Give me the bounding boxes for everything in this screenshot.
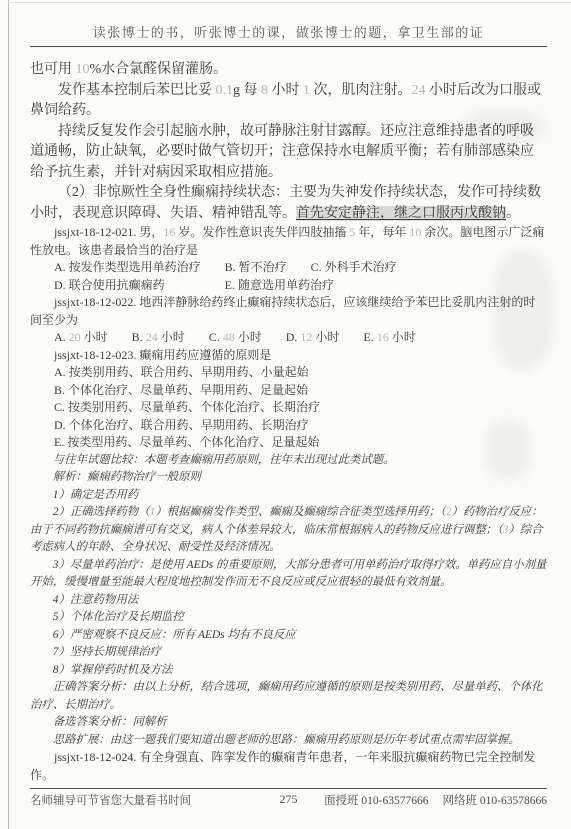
option-row: E. 按类型用药、尽量单药、个体化治疗、足量起始: [30, 434, 547, 452]
analysis-line: 3）尽量单药治疗：是使用 AEDs 的重要原则，大部分患者可用单药治疗取得疗效。…: [30, 557, 547, 592]
muted-number: 10: [409, 225, 421, 239]
text-segment: D. 联合使用抗癫痫药 E. 随意选用单药治疗: [54, 278, 334, 292]
contact-online-class: 网络班 010-63578666: [443, 795, 547, 807]
scanned-page: 读张博士的书，听张博士的课，做张博士的题，拿卫生部的证 也可用 10%水合氯醛保…: [0, 0, 571, 829]
analysis-line: 思路扩展：由这一题我们要知道出题老师的思路：癫痫用药原则是历年考试重点需牢固掌握…: [30, 732, 547, 750]
muted-number: 0.1: [216, 83, 234, 98]
page-footer: 名师辅导可节省您大量看书时间 275 面授班 010-63577666网络班 0…: [30, 788, 547, 808]
text-segment: 小时: [268, 83, 303, 98]
page-number: 275: [280, 792, 298, 807]
muted-number: 1: [303, 83, 310, 98]
question-stem: jssjxt-18-12-022. 地西泮静脉给药终止癫痫持续状态后，应该继续给…: [30, 294, 547, 329]
text-segment: 思路扩展：由这一题我们要知道出题老师的思路：癫痫用药原则是历年考试重点需牢固掌握…: [53, 734, 520, 746]
analysis-line: 2）正确选择药物（1）根据癫痫发作类型、癫痫及癫痫综合征类型选择用药；（2）药物…: [30, 504, 547, 557]
scan-edge-left: [8, 0, 9, 829]
text-segment: 4）注意药物用法: [53, 594, 138, 606]
text-segment: ）根据癫痫发作类型、癫痫及癫痫综合征类型选择用药；（: [155, 506, 445, 518]
text-segment: g 每: [233, 83, 261, 98]
question-stem: jssjxt-18-12-021. 男，16 岁。发作性意识丧失伴四肢抽搐 5 …: [30, 224, 547, 259]
option-row: D. 个体化治疗、联合用药、早期用药、长期治疗: [30, 417, 547, 435]
muted-number: 16: [377, 330, 389, 344]
text-segment: 2）正确选择药物（: [53, 506, 150, 518]
analysis-line: 7）坚持长期规律治疗: [30, 644, 547, 662]
text-segment: 小时 D.: [235, 330, 301, 344]
muted-number: 8: [261, 83, 268, 98]
text-segment: 小时 E.: [312, 330, 376, 344]
option-row: A. 20 小时 B. 24 小时 C. 48 小时 D. 12 小时 E. 1…: [30, 329, 547, 347]
text-segment: 小时 B.: [81, 330, 146, 344]
option-row: C. 按类别用药、尽量单药、个体化治疗、长期治疗: [30, 399, 547, 417]
analysis-line: 5）个体化治疗及长期监控: [30, 609, 547, 627]
footer-row: 名师辅导可节省您大量看书时间 275 面授班 010-63577666网络班 0…: [30, 792, 547, 808]
footer-slogan: 名师辅导可节省您大量看书时间: [30, 792, 191, 808]
paragraph: 也可用 10%水合氯醛保留灌肠。: [30, 60, 547, 81]
text-segment: 岁。发作性意识丧失伴四肢抽搐: [175, 225, 349, 239]
header-slogan: 读张博士的书，听张博士的课，做张博士的题，拿卫生部的证: [30, 22, 547, 41]
highlighted-phrase: 首先安定静注，继之口服丙戊酸钠: [296, 206, 506, 221]
text-segment: 8）掌握停药时机及方法: [53, 664, 173, 676]
text-segment: 小时: [389, 330, 416, 344]
analysis-line: 正确答案分析：由以上分析，结合选项，癫痫用药应遵循的原则是按类别用药、尽量单药、…: [30, 679, 547, 714]
text-segment: 解析：癫痫药物治疗一般原则: [53, 471, 201, 483]
analysis-line: 4）注意药物用法: [30, 592, 547, 610]
paragraph: 持续反复发作会引起脑水肿，故可静脉注射甘露醇。还应注意维持患者的呼吸道通畅，防止…: [30, 122, 547, 184]
muted-number: 48: [223, 330, 235, 344]
document-body: 也可用 10%水合氯醛保留灌肠。发作基本控制后苯巴比妥 0.1g 每 8 小时 …: [30, 60, 547, 784]
text-segment: 5）个体化治疗及长期监控: [53, 611, 184, 623]
text-segment: 与往年试题比较：本题考查癫痫用药原则，往年未出现过此类试题。: [53, 454, 395, 466]
text-segment: jssjxt-18-12-021. 男，: [54, 225, 163, 239]
muted-number: 12: [300, 330, 312, 344]
text-segment: D. 个体化治疗、联合用药、早期用药、长期治疗: [54, 418, 309, 432]
text-segment: B. 个体化治疗、尽量单药、早期用药、足量起始: [54, 383, 308, 397]
analysis-line: 解析：癫痫药物治疗一般原则: [30, 469, 547, 487]
analysis-line: 与往年试题比较：本题考查癫痫用药原则，往年未出现过此类试题。: [30, 452, 547, 470]
text-segment: 持续反复发作会引起脑水肿，故可静脉注射甘露醇。还应注意维持患者的呼吸道通畅，防止…: [30, 124, 534, 180]
question-stem: jssjxt-18-12-024. 有全身强直、阵挛发作的癫痫青年患者，一年来服…: [30, 749, 547, 784]
muted-number: 24: [412, 83, 426, 98]
footer-contacts: 面授班 010-63577666网络班 010-63578666: [324, 792, 547, 808]
footer-rule: [30, 788, 547, 789]
text-segment: A.: [54, 330, 69, 344]
text-segment: E. 按类型用药、尽量单药、个体化治疗、足量起始: [54, 435, 319, 449]
analysis-line: 1）确定是否用药: [30, 487, 547, 505]
text-segment: jssjxt-18-12-022. 地西泮静脉给药终止癫痫持续状态后，应该继续给…: [30, 295, 535, 327]
option-row: D. 联合使用抗癫痫药 E. 随意选用单药治疗: [30, 277, 547, 295]
option-row: A. 按发作类型选用单药治疗 B. 暂不治疗 C. 外科手术治疗: [30, 259, 547, 277]
text-segment: 正确答案分析：由以上分析，结合选项，癫痫用药应遵循的原则是按类别用药、尽量单药、…: [30, 681, 543, 711]
scan-edge-top: [8, 2, 571, 3]
muted-number: 16: [163, 225, 175, 239]
text-segment: 也可用: [30, 62, 76, 77]
muted-number: 20: [69, 330, 81, 344]
text-segment: 发作基本控制后苯巴比妥: [58, 83, 216, 98]
text-segment: 小时 C.: [158, 330, 223, 344]
page-content: 读张博士的书，听张博士的课，做张博士的题，拿卫生部的证 也可用 10%水合氯醛保…: [30, 22, 547, 784]
text-segment: 1）确定是否用药: [53, 489, 138, 501]
text-segment: jssjxt-18-12-024. 有全身强直、阵挛发作的癫痫青年患者，一年来服…: [30, 750, 535, 782]
text-segment: 次，肌肉注射。: [310, 83, 412, 98]
analysis-line: 8）掌握停药时机及方法: [30, 662, 547, 680]
header-rule: [30, 46, 547, 47]
text-segment: 备选答案分析：同解析: [53, 716, 167, 728]
muted-number: 24: [146, 330, 158, 344]
contact-face-class: 面授班 010-63577666: [324, 795, 428, 807]
text-segment: A. 按发作类型选用单药治疗 B. 暂不治疗 C. 外科手术治疗: [54, 260, 397, 274]
text-segment: %水合氯醛保留灌肠。: [90, 62, 228, 77]
text-segment: 年，每年: [355, 225, 409, 239]
option-row: B. 个体化治疗、尽量单药、早期用药、足量起始: [30, 382, 547, 400]
option-row: A. 按类别用药、联合用药、早期用药、小量起始: [30, 364, 547, 382]
paragraph: 发作基本控制后苯巴比妥 0.1g 每 8 小时 1 次，肌肉注射。24 小时后改…: [30, 81, 547, 122]
analysis-line: 备选答案分析：同解析: [30, 714, 547, 732]
text-segment: 。: [506, 206, 520, 221]
text-segment: 6）严密观察不良反应：所有 AEDs 均有不良反应: [53, 629, 296, 641]
analysis-line: 6）严密观察不良反应：所有 AEDs 均有不良反应: [30, 627, 547, 645]
text-segment: A. 按类别用药、联合用药、早期用药、小量起始: [54, 365, 309, 379]
text-segment: 7）坚持长期规律治疗: [53, 646, 161, 658]
paragraph: （2）非惊厥性全身性癫痫持续状态：主要为失神发作持续状态，发作可持续数小时，表现…: [30, 183, 547, 224]
text-segment: 3）尽量单药治疗：是使用 AEDs 的重要原则，大部分患者可用单药治疗取得疗效。…: [30, 559, 546, 589]
muted-number: 10: [76, 62, 90, 77]
text-segment: jssjxt-18-12-023. 癫痫用药应遵循的原则是: [54, 348, 271, 362]
question-stem: jssjxt-18-12-023. 癫痫用药应遵循的原则是: [30, 347, 547, 365]
text-segment: C. 按类别用药、尽量单药、个体化治疗、长期治疗: [54, 400, 320, 414]
